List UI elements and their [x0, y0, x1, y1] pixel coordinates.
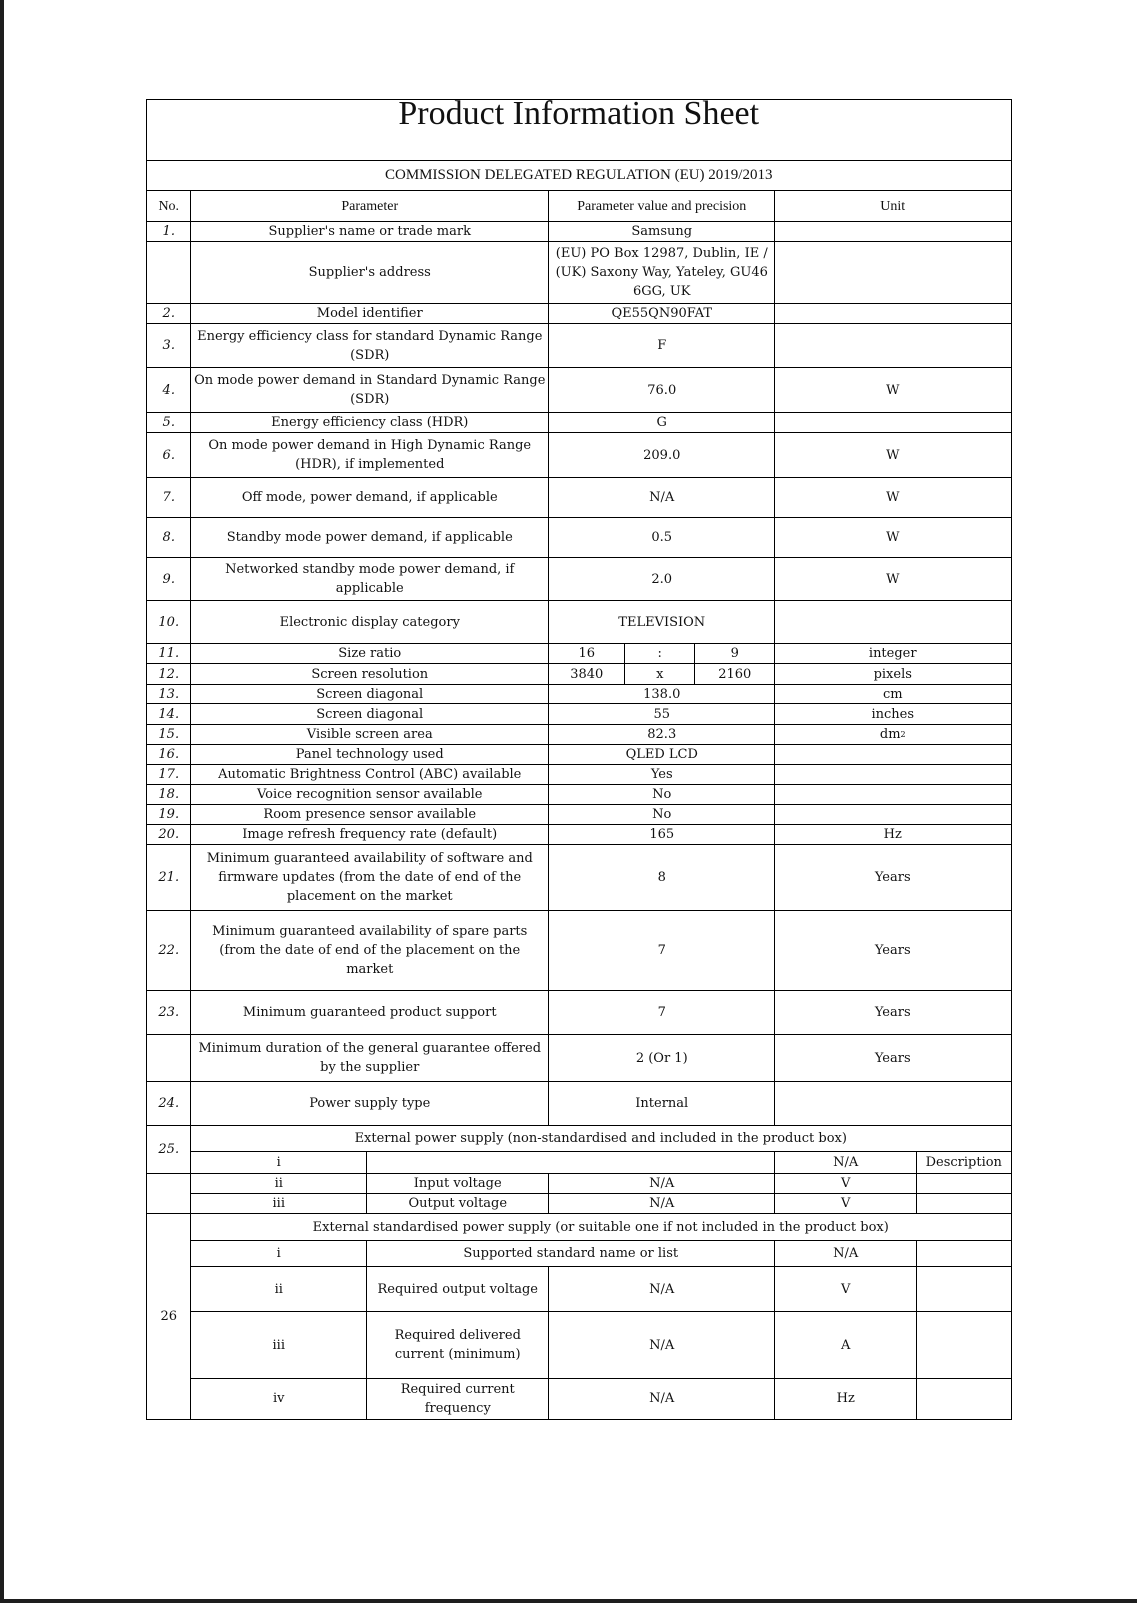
- row-number: 3.: [146, 323, 192, 369]
- row-number: 23.: [146, 990, 192, 1036]
- section-heading: External standardised power supply (or s…: [190, 1213, 1012, 1242]
- value-separator: :: [624, 643, 696, 665]
- parameter-value: Samsung: [548, 221, 776, 243]
- parameter-value: 8: [548, 844, 776, 912]
- row-number: 25.: [146, 1125, 192, 1175]
- row-number: 19.: [146, 804, 192, 826]
- parameter-value: 209.0: [548, 432, 776, 479]
- sub-label: Required current frequency: [366, 1378, 550, 1420]
- unit-value: [774, 600, 1012, 645]
- unit-value: [774, 1081, 1012, 1127]
- parameter-label: Supplier's address: [190, 241, 550, 305]
- parameter-label: Energy efficiency class for standard Dyn…: [190, 323, 550, 369]
- parameter-value: TELEVISION: [548, 600, 776, 645]
- sub-unit: V: [774, 1193, 918, 1215]
- unit-value: cm: [774, 684, 1012, 705]
- parameter-label: Standby mode power demand, if applicable: [190, 517, 550, 559]
- parameter-value: QLED LCD: [548, 744, 776, 766]
- parameter-label: Automatic Brightness Control (ABC) avail…: [190, 764, 550, 786]
- unit-value: Years: [774, 910, 1012, 992]
- row-number: 10.: [146, 600, 192, 645]
- row-number: 2.: [146, 303, 192, 325]
- row-number: 8.: [146, 517, 192, 559]
- sub-value: N/A: [548, 1193, 776, 1215]
- sub-label: Input voltage: [366, 1173, 550, 1195]
- parameter-value: Internal: [548, 1081, 776, 1127]
- row-number: 9.: [146, 557, 192, 602]
- parameter-label: Electronic display category: [190, 600, 550, 645]
- parameter-label: Room presence sensor available: [190, 804, 550, 826]
- sub-index: iii: [190, 1311, 368, 1380]
- sub-label: [366, 1151, 776, 1175]
- row-number: 22.: [146, 910, 192, 992]
- unit-value: W: [774, 517, 1012, 559]
- page-title: Product Information Sheet: [146, 99, 1012, 162]
- unit-value: dm2: [774, 724, 1012, 746]
- parameter-value: 138.0: [548, 684, 776, 705]
- sub-extra: [916, 1378, 1012, 1420]
- unit-value: [774, 323, 1012, 369]
- sub-extra: [916, 1193, 1012, 1215]
- parameter-value: No: [548, 784, 776, 806]
- unit-value: [774, 412, 1012, 434]
- parameter-label: Energy efficiency class (HDR): [190, 412, 550, 434]
- parameter-label: On mode power demand in Standard Dynamic…: [190, 367, 550, 414]
- sub-label: Output voltage: [366, 1193, 550, 1215]
- parameter-value: 2 (Or 1): [548, 1034, 776, 1083]
- row-number-empty: [146, 1173, 192, 1215]
- unit-value: [774, 744, 1012, 766]
- parameter-value: (EU) PO Box 12987, Dublin, IE / (UK) Sax…: [548, 241, 776, 305]
- row-number: 13.: [146, 684, 192, 705]
- sub-unit: A: [774, 1311, 918, 1380]
- parameter-value: 2.0: [548, 557, 776, 602]
- sub-unit: N/A: [774, 1151, 918, 1175]
- sub-unit: N/A: [774, 1240, 918, 1268]
- unit-value: [774, 221, 1012, 243]
- parameter-value: QE55QN90FAT: [548, 303, 776, 325]
- unit-value: Years: [774, 1034, 1012, 1083]
- parameter-label: Voice recognition sensor available: [190, 784, 550, 806]
- unit-value: [774, 804, 1012, 826]
- row-number: 20.: [146, 824, 192, 846]
- sub-value: N/A: [548, 1378, 776, 1420]
- parameter-value: N/A: [548, 477, 776, 519]
- row-number: 17.: [146, 764, 192, 786]
- unit-value: [774, 784, 1012, 806]
- parameter-value: 7: [548, 910, 776, 992]
- unit-value: W: [774, 432, 1012, 479]
- row-number: 21.: [146, 844, 192, 912]
- row-number: 1.: [146, 221, 192, 243]
- value-part: 2160: [694, 663, 776, 686]
- row-number: 26: [146, 1213, 192, 1420]
- parameter-label: Minimum guaranteed product support: [190, 990, 550, 1036]
- sub-label: Required output voltage: [366, 1266, 550, 1313]
- row-number: 11.: [146, 643, 192, 665]
- value-part: 9: [694, 643, 776, 665]
- column-header-unit: Unit: [774, 190, 1012, 223]
- sub-index: iii: [190, 1193, 368, 1215]
- unit-value: Years: [774, 844, 1012, 912]
- unit-value: [774, 764, 1012, 786]
- sub-index: ii: [190, 1266, 368, 1313]
- sub-unit: V: [774, 1173, 918, 1195]
- unit-value: inches: [774, 703, 1012, 726]
- sub-extra: [916, 1240, 1012, 1268]
- column-header-parameter: Parameter: [190, 190, 550, 223]
- sub-value: N/A: [548, 1311, 776, 1380]
- sub-value: N/A: [548, 1266, 776, 1313]
- parameter-label: Off mode, power demand, if applicable: [190, 477, 550, 519]
- unit-value: W: [774, 367, 1012, 414]
- parameter-label: Networked standby mode power demand, if …: [190, 557, 550, 602]
- parameter-label: Screen resolution: [190, 663, 550, 686]
- parameter-label: Supplier's name or trade mark: [190, 221, 550, 243]
- parameter-label: Screen diagonal: [190, 684, 550, 705]
- sub-extra: [916, 1173, 1012, 1195]
- row-number: 24.: [146, 1081, 192, 1127]
- sub-extra: [916, 1311, 1012, 1380]
- unit-value: Years: [774, 990, 1012, 1036]
- row-number: 6.: [146, 432, 192, 479]
- row-number: 15.: [146, 724, 192, 746]
- row-number: 4.: [146, 367, 192, 414]
- unit-value: [774, 303, 1012, 325]
- parameter-value: G: [548, 412, 776, 434]
- sub-index: i: [190, 1151, 368, 1175]
- unit-value: integer: [774, 643, 1012, 665]
- parameter-label: Visible screen area: [190, 724, 550, 746]
- parameter-value: 76.0: [548, 367, 776, 414]
- parameter-value: 82.3: [548, 724, 776, 746]
- column-header-value: Parameter value and precision: [548, 190, 776, 223]
- sub-index: i: [190, 1240, 368, 1268]
- column-header-no: No.: [146, 190, 192, 223]
- value-part: 3840: [548, 663, 626, 686]
- parameter-value: 7: [548, 990, 776, 1036]
- parameter-label: Image refresh frequency rate (default): [190, 824, 550, 846]
- parameter-label: On mode power demand in High Dynamic Ran…: [190, 432, 550, 479]
- parameter-label: Power supply type: [190, 1081, 550, 1127]
- unit-value: W: [774, 557, 1012, 602]
- sub-index: iv: [190, 1378, 368, 1420]
- product-information-sheet-table: Product Information Sheet COMMISSION DEL…: [0, 0, 1137, 1603]
- unit-value: Hz: [774, 824, 1012, 846]
- parameter-label: Minimum duration of the general guarante…: [190, 1034, 550, 1083]
- parameter-label: Minimum guaranteed availability of spare…: [190, 910, 550, 992]
- row-number: 5.: [146, 412, 192, 434]
- regulation-heading: COMMISSION DELEGATED REGULATION (EU) 201…: [146, 160, 1012, 192]
- value-separator: x: [624, 663, 696, 686]
- sub-description: Description: [916, 1151, 1012, 1175]
- sub-label: Required delivered current (minimum): [366, 1311, 550, 1380]
- sub-unit: V: [774, 1266, 918, 1313]
- sub-extra: [916, 1266, 1012, 1313]
- parameter-value: No: [548, 804, 776, 826]
- parameter-label: Panel technology used: [190, 744, 550, 766]
- parameter-value: 55: [548, 703, 776, 726]
- row-number: 14.: [146, 703, 192, 726]
- parameter-label: Model identifier: [190, 303, 550, 325]
- row-number: 18.: [146, 784, 192, 806]
- parameter-label: Size ratio: [190, 643, 550, 665]
- sub-label: Supported standard name or list: [366, 1240, 776, 1268]
- row-number: 12.: [146, 663, 192, 686]
- parameter-value: Yes: [548, 764, 776, 786]
- row-number: [146, 241, 192, 305]
- parameter-value: 0.5: [548, 517, 776, 559]
- unit-value: [774, 241, 1012, 305]
- row-number: 7.: [146, 477, 192, 519]
- parameter-label: Minimum guaranteed availability of softw…: [190, 844, 550, 912]
- row-number: [146, 1034, 192, 1083]
- section-heading: External power supply (non-standardised …: [190, 1125, 1012, 1153]
- sub-unit: Hz: [774, 1378, 918, 1420]
- sub-value: N/A: [548, 1173, 776, 1195]
- unit-value: pixels: [774, 663, 1012, 686]
- row-number: 16.: [146, 744, 192, 766]
- parameter-value: F: [548, 323, 776, 369]
- sub-index: ii: [190, 1173, 368, 1195]
- parameter-value: 165: [548, 824, 776, 846]
- parameter-label: Screen diagonal: [190, 703, 550, 726]
- unit-value: W: [774, 477, 1012, 519]
- value-part: 16: [548, 643, 626, 665]
